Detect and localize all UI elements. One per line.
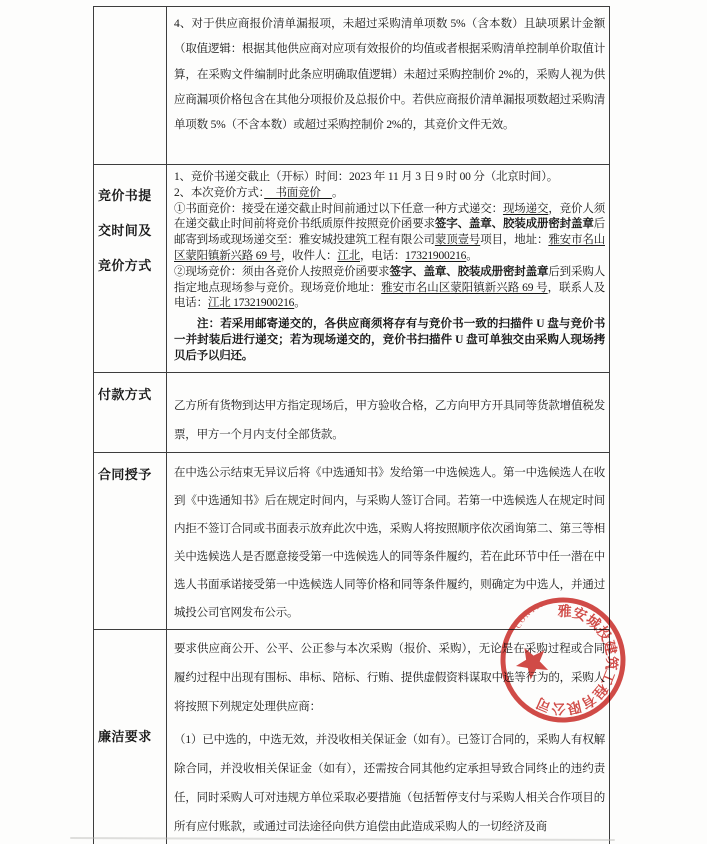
text-run: 乙方所有货物到达甲方指定现场后，甲方验收合格，乙方向甲方开具同等货款增值税发票，… bbox=[174, 400, 605, 441]
paragraph: 在中选公示结束无异议后将《中选通知书》发给第一中选候选人。第一中选候选人在收到《… bbox=[174, 459, 605, 627]
text-run: 签字、盖章、胶装成册密封盖章 bbox=[435, 218, 594, 230]
table-row-missing-items-clause: 4、对于供应商报价清单漏报项，未超过采购清单项数 5%（含本数）且缺项累计金额（… bbox=[94, 7, 609, 165]
text-run: 江北 17321900216 bbox=[208, 297, 294, 309]
row-content-payment: 乙方所有货物到达甲方指定现场后，甲方验收合格，乙方向甲方开具同等货款增值税发票，… bbox=[167, 373, 609, 452]
row-label-missing-items-clause bbox=[94, 7, 167, 164]
table-row-submission: 竞价书提交时间及竞价方式1、竞价书递交截止（开标）时间：2023 年 11 月 … bbox=[94, 165, 609, 373]
paragraph: 注：若采用邮寄递交的，各供应商须将存有与竞价书一致的扫描件 U 盘与竞价书一并封… bbox=[174, 317, 605, 364]
table-row-integrity: 廉洁要求要求供应商公开、公平、公正参与本次采购（报价、采购），无论是在采购过程或… bbox=[94, 630, 609, 844]
paragraph: ②现场竞价：须由各竞价人按照竞价函要求签字、盖章、胶装成册密封盖章后到采购人指定… bbox=[174, 265, 605, 312]
text-run: ②现场竞价：须由各竞价人按照竞价函要求 bbox=[174, 266, 390, 278]
text-run: 注：若采用邮寄递交的，各供应商须将存有与竞价书一致的扫描件 U 盘与竞价书一并封… bbox=[174, 318, 605, 362]
row-content-integrity: 要求供应商公开、公平、公正参与本次采购（报价、采购），无论是在采购过程或合同履约… bbox=[167, 630, 609, 844]
paragraph: 1、竞价书递交截止（开标）时间：2023 年 11 月 3 日 9 时 00 分… bbox=[174, 170, 605, 186]
text-run: 雅安市名山区蒙阳镇新兴路 69 号 bbox=[381, 282, 547, 294]
text-run: 现场递交 bbox=[503, 203, 548, 215]
row-content-missing-items-clause: 4、对于供应商报价清单漏报项，未超过采购清单项数 5%（含本数）且缺项累计金额（… bbox=[167, 7, 609, 164]
row-label-integrity: 廉洁要求 bbox=[94, 630, 167, 844]
text-run: 蒙顶壹号 bbox=[435, 234, 480, 246]
text-run: 项目，地址： bbox=[480, 234, 548, 246]
table-row-contract-award: 合同授予在中选公示结束无异议后将《中选通知书》发给第一中选候选人。第一中选候选人… bbox=[94, 453, 609, 630]
text-run: （1）已中选的，中选无效，并没收相关保证金（如有）。已签订合同的，采购人有权解除… bbox=[174, 734, 605, 834]
text-run: ，电话： bbox=[360, 250, 405, 262]
document-page: 4、对于供应商报价清单漏报项，未超过采购清单项数 5%（含本数）且缺项累计金额（… bbox=[0, 0, 707, 844]
text-run: 江北 bbox=[337, 250, 360, 262]
paragraph: （1）已中选的，中选无效，并没收相关保证金（如有）。已签订合同的，采购人有权解除… bbox=[174, 726, 605, 843]
text-run: 。 bbox=[332, 187, 343, 199]
paragraph: 2、本次竞价方式： 书面竞价 。 bbox=[174, 186, 605, 202]
paragraph: ①书面竞价：接受在递交截止时间前通过以下任意一种方式递交：现场递交，竞价人须在递… bbox=[174, 202, 605, 265]
paragraph: 要求供应商公开、公平、公正参与本次采购（报价、采购），无论是在采购过程或合同履约… bbox=[174, 635, 605, 723]
text-run: 签字、盖章、胶装成册密封盖章 bbox=[390, 266, 549, 278]
row-content-contract-award: 在中选公示结束无异议后将《中选通知书》发给第一中选候选人。第一中选候选人在收到《… bbox=[167, 453, 609, 629]
table-row-payment: 付款方式乙方所有货物到达甲方指定现场后，甲方验收合格，乙方向甲方开具同等货款增值… bbox=[94, 373, 609, 453]
text-run: 。 bbox=[466, 250, 477, 262]
text-run: 要求供应商公开、公平、公正参与本次采购（报价、采购），无论是在采购过程或合同履约… bbox=[174, 643, 605, 713]
text-run: 书面竞价 bbox=[264, 187, 332, 199]
text-run: 。 bbox=[294, 297, 305, 309]
text-run: 4、对于供应商报价清单漏报项，未超过采购清单项数 5%（含本数）且缺项累计金额（… bbox=[174, 18, 605, 131]
text-run: 2、本次竞价方式： bbox=[174, 187, 264, 199]
procurement-table: 4、对于供应商报价清单漏报项，未超过采购清单项数 5%（含本数）且缺项累计金额（… bbox=[93, 6, 610, 844]
row-label-payment: 付款方式 bbox=[94, 373, 167, 452]
row-label-submission: 竞价书提交时间及竞价方式 bbox=[94, 165, 167, 372]
paragraph: 4、对于供应商报价清单漏报项，未超过采购清单项数 5%（含本数）且缺项累计金额（… bbox=[174, 12, 605, 138]
paragraph: 乙方所有货物到达甲方指定现场后，甲方验收合格，乙方向甲方开具同等货款增值税发票，… bbox=[174, 392, 605, 449]
text-run: 17321900216 bbox=[405, 250, 466, 262]
text-run: 1、竞价书递交截止（开标）时间：2023 年 11 月 3 日 9 时 00 分… bbox=[174, 171, 558, 183]
row-content-submission: 1、竞价书递交截止（开标）时间：2023 年 11 月 3 日 9 时 00 分… bbox=[167, 165, 609, 372]
text-run: 在中选公示结束无异议后将《中选通知书》发给第一中选候选人。第一中选候选人在收到《… bbox=[174, 467, 605, 619]
text-run: ，收件人： bbox=[281, 250, 338, 262]
text-run: ①书面竞价：接受在递交截止时间前通过以下任意一种方式递交： bbox=[174, 203, 503, 215]
row-label-contract-award: 合同授予 bbox=[94, 453, 167, 629]
